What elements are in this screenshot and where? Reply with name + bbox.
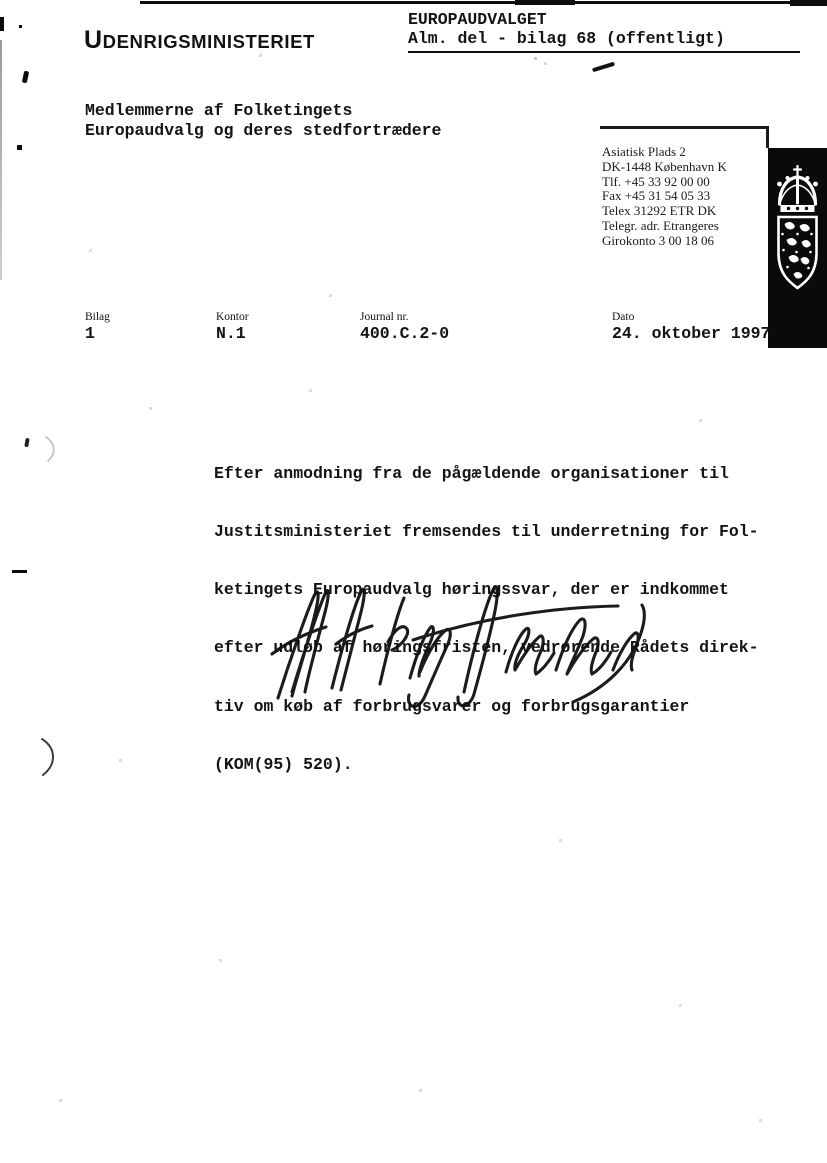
body-line: (KOM(95) 520). <box>214 755 759 774</box>
scan-speckles <box>0 0 1 1</box>
contact-line: Fax +45 31 54 05 33 <box>602 189 727 204</box>
scan-artifact-curve <box>36 736 62 778</box>
field-value-bilag: 1 <box>85 324 95 343</box>
recipient-line: Medlemmerne af Folketingets <box>85 101 352 120</box>
scan-artifact-left-edge <box>0 40 2 280</box>
scan-artifact-dash <box>12 570 27 573</box>
scan-artifact-curve <box>40 434 62 464</box>
contact-card-rule-horizontal <box>600 126 768 129</box>
scan-artifact-dot <box>17 145 22 150</box>
ministry-contact-block: Asiatisk Plads 2 DK-1448 København K Tlf… <box>602 145 727 249</box>
field-label-kontor: Kontor <box>216 311 249 323</box>
field-label-bilag: Bilag <box>85 311 110 323</box>
committee-stamp-title: EUROPAUDVALGET <box>408 10 547 29</box>
field-value-dato: 24. oktober 1997 <box>612 324 770 343</box>
contact-line: Girokonto 3 00 18 06 <box>602 234 727 249</box>
field-label-journal: Journal nr. <box>360 311 409 323</box>
scan-artifact-top-line <box>140 1 520 4</box>
field-value-journal: 400.C.2-0 <box>360 324 449 343</box>
contact-line: DK-1448 København K <box>602 160 727 175</box>
field-label-dato: Dato <box>612 311 634 323</box>
scanned-letter-page: UDENRIGSMINISTERIET EUROPAUDVALGET Alm. … <box>0 0 827 1163</box>
recipient-line: Europaudvalg og deres stedfortrædere <box>85 121 441 140</box>
contact-line: Asiatisk Plads 2 <box>602 145 727 160</box>
scan-artifact-top-line <box>790 0 827 6</box>
contact-line: Telex 31292 ETR DK <box>602 204 727 219</box>
ministry-wordmark: UDENRIGSMINISTERIET <box>84 26 315 55</box>
scan-artifact-top-line <box>575 1 790 4</box>
body-line: Justitsministeriet fremsendes til underr… <box>214 522 759 541</box>
pen-tick-mark <box>592 62 615 72</box>
danish-coat-of-arms-icon <box>768 148 827 348</box>
body-line: Efter anmodning fra de pågældende organi… <box>214 464 759 483</box>
scan-artifact-edge-blob <box>0 17 4 31</box>
contact-card-rule-vertical <box>766 126 769 148</box>
committee-stamp-reference: Alm. del - bilag 68 (offentligt) <box>408 29 800 53</box>
handwritten-signature <box>268 580 648 715</box>
scan-artifact-top-line <box>515 0 575 5</box>
scan-artifact-mark <box>22 71 29 84</box>
scan-artifact-dot <box>19 25 22 28</box>
contact-line: Telegr. adr. Etrangeres <box>602 219 727 234</box>
field-value-kontor: N.1 <box>216 324 246 343</box>
recipient-address: Medlemmerne af FolketingetsEuropaudvalg … <box>85 101 441 140</box>
contact-line: Tlf. +45 33 92 00 00 <box>602 175 727 190</box>
scan-artifact-mark <box>24 438 29 447</box>
